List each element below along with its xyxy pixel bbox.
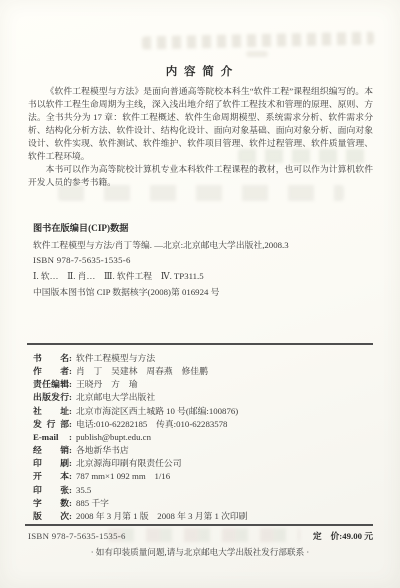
colophon-row: 出版发行:北京邮电大学出版社: [33, 391, 373, 404]
colophon-value: 北京源海印刷有限责任公司: [76, 458, 182, 468]
colophon-colon: :: [69, 445, 72, 455]
colophon-colon: :: [69, 406, 72, 416]
colophon-label: 版次: [33, 510, 69, 523]
colophon-label: 开本: [33, 470, 69, 483]
cip-title-line: 软件工程模型与方法/肖丁等编. —北京:北京邮电大学出版社,2008.3: [33, 239, 368, 251]
colophon-row: 责任编辑:王晓丹 方 瑜: [33, 378, 373, 391]
footer-quality-note: · 如有印装质量问题,请与北京邮电大学出版社发行部联系 ·: [0, 546, 400, 558]
colophon-value: 2008 年 3 月第 1 版 2008 年 3 月第 1 次印刷: [76, 511, 248, 521]
colophon-row: 发行部:电话:010-62282185 传真:010-62283578: [33, 418, 373, 431]
colophon-label: 经销: [33, 444, 69, 457]
cip-classification-line: Ⅰ. 软… Ⅱ. 肖… Ⅲ. 软件工程 Ⅳ. TP311.5: [33, 270, 368, 282]
colophon-label: 社址: [33, 405, 69, 418]
colophon-value: 肖 丁 吴建林 周春燕 修佳鹏: [76, 366, 208, 376]
colophon-row: 书名:软件工程模型与方法: [33, 352, 373, 365]
colophon-colon: :: [69, 353, 72, 363]
colophon-label: 作者: [33, 365, 69, 378]
colophon-value: 35.5: [76, 485, 91, 495]
colophon-label: 字数: [33, 497, 69, 510]
colophon-colon: :: [69, 379, 72, 389]
colophon-row: E-mail:publish@bupt.edu.cn: [33, 431, 373, 444]
summary-body: 《软件工程模型与方法》是面向普通高等院校本科生“软件工程”课程组织编写的。本书以…: [28, 85, 373, 189]
colophon-value: 885 千字: [76, 498, 109, 508]
colophon-row: 印张:35.5: [33, 484, 373, 497]
summary-paragraph: 本书可以作为高等院校计算机专业本科软件工程课程的教材，也可以作为计算机软件开发人…: [28, 163, 373, 189]
colophon-label: 印张: [33, 484, 69, 497]
colophon-colon: :: [69, 498, 72, 508]
summary-heading: 内 容 简 介: [0, 63, 400, 79]
colophon-row: 开本:787 mm×1 092 mm 1/16: [33, 470, 373, 483]
colophon-colon: :: [69, 432, 72, 442]
colophon-colon: :: [69, 366, 72, 376]
colophon-list: 书名:软件工程模型与方法 作者:肖 丁 吴建林 周春燕 修佳鹏 责任编辑:王晓丹…: [33, 352, 373, 523]
bleedthrough-mark-top: [142, 32, 374, 50]
colophon-label: 书名: [33, 352, 69, 365]
colophon-colon: :: [69, 485, 72, 495]
footer-isbn: ISBN 978-7-5635-1535-6: [28, 530, 126, 542]
colophon-row: 印刷:北京源海印刷有限责任公司: [33, 457, 373, 470]
colophon-colon: :: [69, 511, 72, 521]
colophon-label: 印刷: [33, 457, 69, 470]
colophon-value: 王晓丹 方 瑜: [76, 379, 138, 389]
colophon-value: 软件工程模型与方法: [76, 353, 155, 363]
colophon-row: 社址:北京市海淀区西土城路 10 号(邮编:100876): [33, 405, 373, 418]
bleedthrough-mark-top-small: [246, 51, 268, 57]
colophon-row: 字数:885 千字: [33, 497, 373, 510]
colophon-colon: :: [69, 392, 72, 402]
colophon-label: E-mail: [33, 431, 69, 444]
colophon-value: 北京邮电大学出版社: [76, 392, 155, 402]
divider-rule-bottom: [25, 524, 373, 526]
colophon-value: 787 mm×1 092 mm 1/16: [76, 471, 170, 481]
summary-paragraph: 《软件工程模型与方法》是面向普通高等院校本科生“软件工程”课程组织编写的。本书以…: [28, 85, 373, 163]
colophon-colon: :: [69, 458, 72, 468]
cip-isbn-line: ISBN 978-7-5635-1535-6: [33, 254, 368, 266]
colophon-value: 电话:010-62282185 传真:010-62283578: [76, 419, 228, 429]
colophon-label: 出版发行: [33, 391, 69, 404]
book-copyright-page: 内 容 简 介 《软件工程模型与方法》是面向普通高等院校本科生“软件工程”课程组…: [0, 0, 400, 588]
colophon-label: 发行部: [33, 418, 69, 431]
cip-block: 图书在版编目(CIP)数据 软件工程模型与方法/肖丁等编. —北京:北京邮电大学…: [33, 222, 368, 298]
colophon-row: 版次:2008 年 3 月第 1 版 2008 年 3 月第 1 次印刷: [33, 510, 373, 523]
colophon-row: 作者:肖 丁 吴建林 周春燕 修佳鹏: [33, 365, 373, 378]
cip-record-line: 中国版本图书馆 CIP 数据核字(2008)第 016924 号: [33, 286, 368, 298]
colophon-colon: :: [69, 471, 72, 481]
footer-price: 定 价:49.00 元: [313, 530, 373, 542]
colophon-colon: :: [69, 419, 72, 429]
colophon-value: 各地新华书店: [76, 445, 129, 455]
divider-rule-top: [27, 343, 373, 345]
colophon-value: 北京市海淀区西土城路 10 号(邮编:100876): [76, 406, 238, 416]
colophon-value: publish@bupt.edu.cn: [76, 432, 151, 442]
footer-line: ISBN 978-7-5635-1535-6 定 价:49.00 元: [28, 530, 373, 542]
colophon-label: 责任编辑: [33, 378, 69, 391]
cip-heading: 图书在版编目(CIP)数据: [33, 222, 368, 234]
colophon-row: 经销:各地新华书店: [33, 444, 373, 457]
